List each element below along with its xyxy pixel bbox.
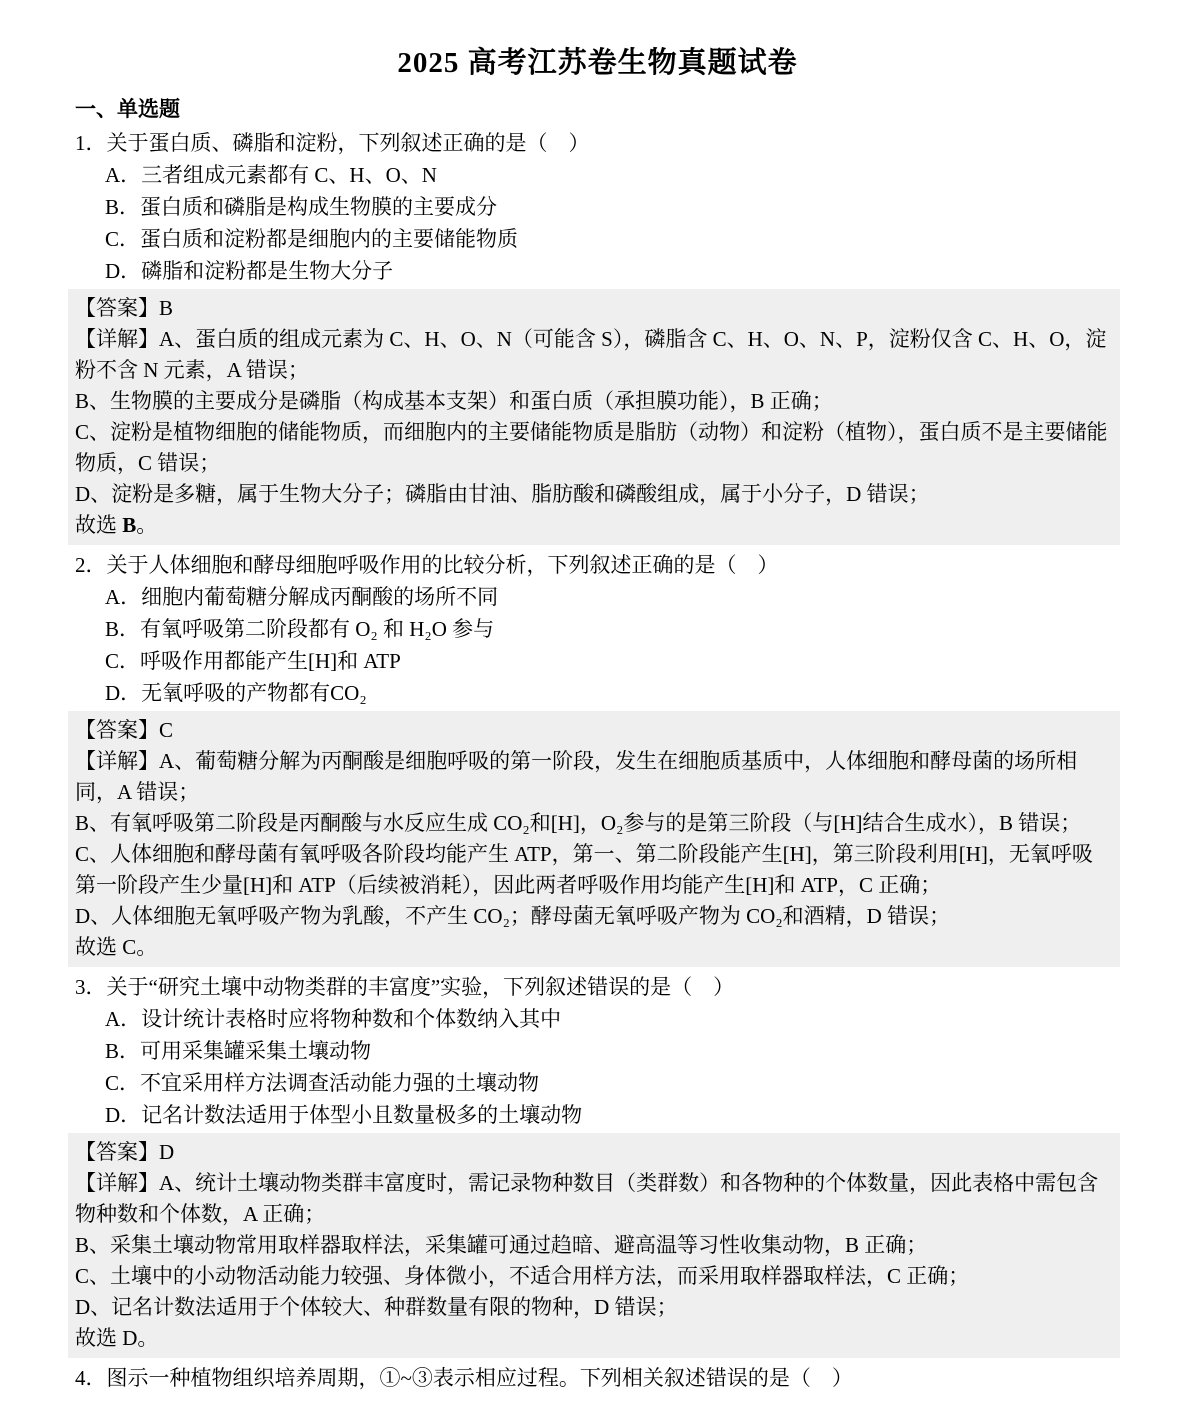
doc-title: 2025 高考江苏卷生物真题试卷	[68, 40, 1120, 81]
question-2-option-b: B．有氧呼吸第二阶段都有 O₂ 和 H₂O 参与	[68, 613, 1120, 645]
answer-line: 【答案】D	[75, 1137, 1112, 1168]
analysis-paragraph: 【详解】A、蛋白质的组成元素为 C、H、O、N（可能含 S），磷脂含 C、H、O…	[75, 324, 1112, 386]
question-2-option-d: D．无氧呼吸的产物都有CO₂	[68, 677, 1120, 709]
conclusion-answer: D	[122, 1326, 137, 1350]
question-3-option-c: C．不宜采用样方法调查活动能力强的土壤动物	[68, 1067, 1120, 1099]
analysis-paragraph: D、人体细胞无氧呼吸产物为乳酸，不产生 CO₂；酵母菌无氧呼吸产物为 CO₂和酒…	[75, 901, 1112, 932]
question-3-stem: 3．关于“研究土壤中动物类群的丰富度”实验，下列叙述错误的是（ ）	[68, 971, 1120, 1003]
analysis-paragraph: D、淀粉是多糖，属于生物大分子；磷脂由甘油、脂肪酸和磷酸组成，属于小分子，D 错…	[75, 479, 1112, 510]
question-1-option-c: C．蛋白质和淀粉都是细胞内的主要储能物质	[68, 223, 1120, 255]
analysis-paragraph: 【详解】A、葡萄糖分解为丙酮酸是细胞呼吸的第一阶段，发生在细胞质基质中，人体细胞…	[75, 746, 1112, 808]
conclusion-prefix: 故选	[75, 513, 122, 537]
analysis-paragraph: B、采集土壤动物常用取样器取样法，采集罐可通过趋暗、避高温等习性收集动物，B 正…	[75, 1230, 1112, 1261]
conclusion-line: 故选 B。	[75, 510, 1112, 541]
question-2-answer-block: 【答案】C 【详解】A、葡萄糖分解为丙酮酸是细胞呼吸的第一阶段，发生在细胞质基质…	[68, 711, 1120, 967]
question-3-option-b: B．可用采集罐采集土壤动物	[68, 1035, 1120, 1067]
section-heading: 一、单选题	[68, 93, 1120, 123]
question-3-option-d: D．记名计数法适用于体型小且数量极多的土壤动物	[68, 1099, 1120, 1131]
analysis-paragraph: B、有氧呼吸第二阶段是丙酮酸与水反应生成 CO₂和[H]，O₂参与的是第三阶段（…	[75, 808, 1112, 839]
analysis-paragraph: C、淀粉是植物细胞的储能物质，而细胞内的主要储能物质是脂肪（动物）和淀粉（植物）…	[75, 417, 1112, 479]
conclusion-prefix: 故选	[75, 935, 122, 959]
analysis-paragraph: C、人体细胞和酵母菌有氧呼吸各阶段均能产生 ATP，第一、第二阶段能产生[H]，…	[75, 839, 1112, 901]
conclusion-line: 故选 C。	[75, 932, 1112, 963]
question-1: 1．关于蛋白质、磷脂和淀粉，下列叙述正确的是（ ） A．三者组成元素都有 C、H…	[68, 127, 1120, 545]
question-3: 3．关于“研究土壤中动物类群的丰富度”实验，下列叙述错误的是（ ） A．设计统计…	[68, 971, 1120, 1358]
question-1-option-a: A．三者组成元素都有 C、H、O、N	[68, 159, 1120, 191]
conclusion-answer: B	[122, 513, 136, 537]
analysis-paragraph: B、生物膜的主要成分是磷脂（构成基本支架）和蛋白质（承担膜功能），B 正确；	[75, 386, 1112, 417]
question-3-option-a: A．设计统计表格时应将物种数和个体数纳入其中	[68, 1003, 1120, 1035]
conclusion-line: 故选 D。	[75, 1323, 1112, 1354]
question-3-answer-block: 【答案】D 【详解】A、统计土壤动物类群丰富度时，需记录物种数目（类群数）和各物…	[68, 1133, 1120, 1358]
question-1-stem: 1．关于蛋白质、磷脂和淀粉，下列叙述正确的是（ ）	[68, 127, 1120, 159]
conclusion-suffix: 。	[137, 1326, 158, 1350]
question-2-option-a: A．细胞内葡萄糖分解成丙酮酸的场所不同	[68, 581, 1120, 613]
answer-line: 【答案】B	[75, 293, 1112, 324]
exam-page: 2025 高考江苏卷生物真题试卷 一、单选题 1．关于蛋白质、磷脂和淀粉，下列叙…	[0, 0, 1190, 1402]
question-1-option-b: B．蛋白质和磷脂是构成生物膜的主要成分	[68, 191, 1120, 223]
conclusion-answer: C	[122, 935, 136, 959]
question-2-stem: 2．关于人体细胞和酵母细胞呼吸作用的比较分析，下列叙述正确的是（ ）	[68, 549, 1120, 581]
analysis-paragraph: D、记名计数法适用于个体较大、种群数量有限的物种，D 错误；	[75, 1292, 1112, 1323]
conclusion-suffix: 。	[136, 513, 157, 537]
question-2-option-c: C．呼吸作用都能产生[H]和 ATP	[68, 645, 1120, 677]
analysis-paragraph: C、土壤中的小动物活动能力较强、身体微小，不适合用样方法，而采用取样器取样法，C…	[75, 1261, 1112, 1292]
question-4: 4．图示一种植物组织培养周期，①~③表示相应过程。下列相关叙述错误的是（ ）	[68, 1362, 1120, 1394]
question-1-option-d: D．磷脂和淀粉都是生物大分子	[68, 255, 1120, 287]
question-4-stem: 4．图示一种植物组织培养周期，①~③表示相应过程。下列相关叙述错误的是（ ）	[68, 1362, 1120, 1394]
analysis-paragraph: 【详解】A、统计土壤动物类群丰富度时，需记录物种数目（类群数）和各物种的个体数量…	[75, 1168, 1112, 1230]
answer-line: 【答案】C	[75, 715, 1112, 746]
conclusion-prefix: 故选	[75, 1326, 122, 1350]
question-2: 2．关于人体细胞和酵母细胞呼吸作用的比较分析，下列叙述正确的是（ ） A．细胞内…	[68, 549, 1120, 967]
conclusion-suffix: 。	[136, 935, 157, 959]
question-1-answer-block: 【答案】B 【详解】A、蛋白质的组成元素为 C、H、O、N（可能含 S），磷脂含…	[68, 289, 1120, 545]
